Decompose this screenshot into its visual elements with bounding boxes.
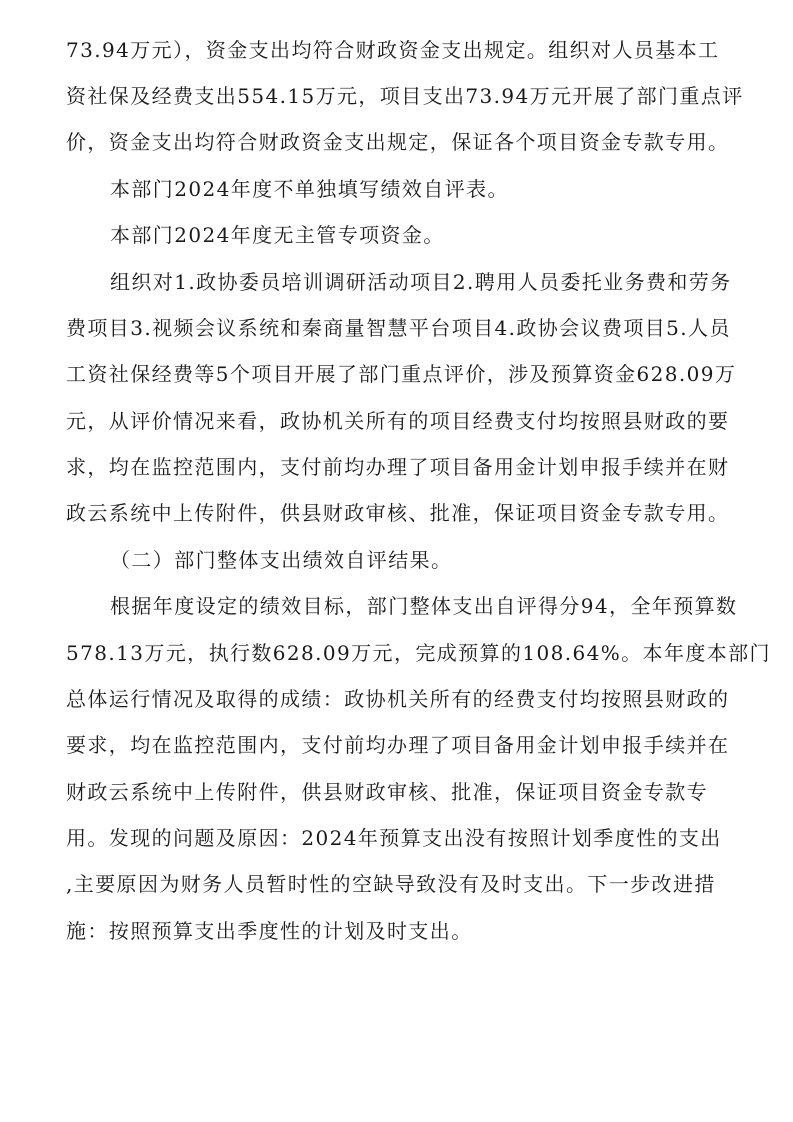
paragraph-line: 施：按照预算支出季度性的计划及时支出。 <box>66 919 473 943</box>
paragraph-line: 费项目3.视频会议系统和秦商量智慧平台项目4.政协会议费项目5.人员 <box>66 316 731 340</box>
paragraph-line: 总体运行情况及取得的成绩：政协机关所有的经费支付均按照县财政的 <box>66 687 729 711</box>
paragraph-line: 组织对1.政协委员培训调研活动项目2.聘用人员委托业务费和劳务 <box>110 270 732 294</box>
paragraph-line: 578.13万元，执行数628.09万元，完成预算的108.64%。本年度本部门 <box>66 641 771 665</box>
paragraph-line: 财政云系统中上传附件，供县财政审核、批准，保证项目资金专款专 <box>66 780 708 804</box>
paragraph-line: 元，从评价情况来看，政协机关所有的项目经费支付均按照县财政的要 <box>66 409 729 433</box>
paragraph-line: 求，均在监控范围内，支付前均办理了项目备用金计划申报手续并在财 <box>66 455 729 479</box>
section-heading: （二）部门整体支出绩效自评结果。 <box>110 548 452 572</box>
paragraph-line: 政云系统中上传附件，供县财政审核、批准，保证项目资金专款专用。 <box>66 501 729 525</box>
paragraph-line: 要求，均在监控范围内，支付前均办理了项目备用金计划申报手续并在 <box>66 733 729 757</box>
paragraph-line: 工资社保经费等5个项目开展了部门重点评价，涉及预算资金628.09万 <box>66 362 736 386</box>
paragraph-line: 本部门2024年度不单独填写绩效自评表。 <box>110 177 509 201</box>
paragraph-line: 根据年度设定的绩效目标，部门整体支出自评得分94，全年预算数 <box>110 594 737 618</box>
paragraph-line: 本部门2024年度无主管专项资金。 <box>110 223 445 247</box>
paragraph-line: 用。发现的问题及原因：2024年预算支出没有按照计划季度性的支出 <box>66 826 722 850</box>
paragraph-line: ,主要原因为财务人员暂时性的空缺导致没有及时支出。下一步改进措 <box>66 872 716 896</box>
paragraph-line: 73.94万元），资金支出均符合财政资金支出规定。组织对人员基本工 <box>66 38 719 62</box>
paragraph-line: 价，资金支出均符合财政资金支出规定，保证各个项目资金专款专用。 <box>66 130 729 154</box>
paragraph-line: 资社保及经费支出554.15万元，项目支出73.94万元开展了部门重点评 <box>66 84 744 108</box>
